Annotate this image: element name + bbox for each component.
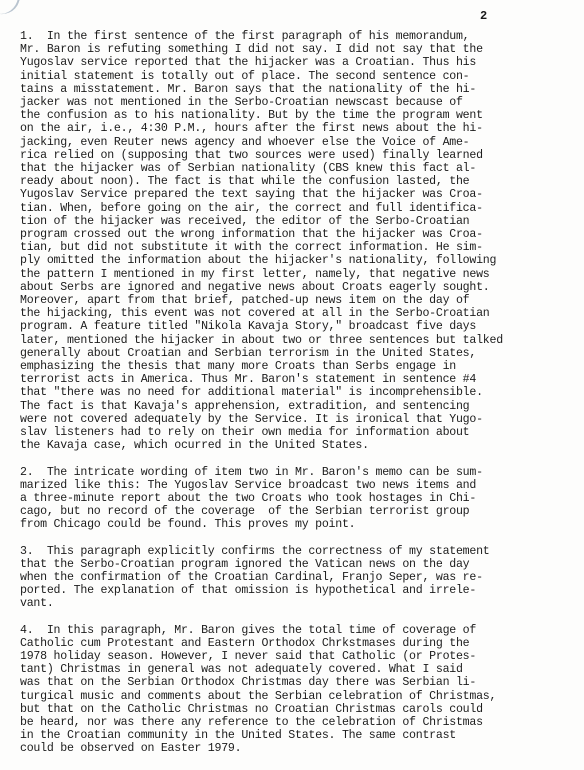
text-line: the Kavaja case, which ocurred in the Un… [20,439,580,452]
scan-corner-mark [0,0,25,19]
text-line: a three-minute report about the two Croa… [20,492,580,505]
text-line: turgical music and comments about the Se… [20,690,580,703]
text-line: slav listeners had to rely on their own … [20,426,580,439]
text-line: ply omitted the information about the hi… [20,254,580,267]
paragraph-3: 3. This paragraph explicitly confirms th… [20,545,580,611]
text-line: 2. The intricate wording of item two in … [20,466,580,479]
text-line: when the confirmation of the Croatian Ca… [20,571,580,584]
text-line: generally about Croatian and Serbian ter… [20,347,580,360]
text-line: marized like this: The Yugoslav Service … [20,479,580,492]
paragraph-2: 2. The intricate wording of item two in … [20,466,580,532]
text-line: tains a misstatement. Mr. Baron says tha… [20,83,580,96]
text-line: on the air, i.e., 4:30 P.M., hours after… [20,122,580,135]
document-body: 1. In the first sentence of the first pa… [20,30,580,769]
page-number: 2 [480,9,487,23]
text-line: vant. [20,597,580,610]
text-line: tant) Christmas in general was not adequ… [20,663,580,676]
text-line: program. A feature titled "Nikola Kavaja… [20,320,580,333]
text-line: cago, but no record of the coverage of t… [20,505,580,518]
text-line: the hijacking, this event was not covere… [20,307,580,320]
text-line: were not covered adequately by the Servi… [20,413,580,426]
text-line: tion of the hijacker was received, the e… [20,215,580,228]
text-line: tian, but did not substitute it with the… [20,241,580,254]
text-line: The fact is that Kavaja's apprehension, … [20,400,580,413]
text-line: in the Croatian community in the United … [20,729,580,742]
text-line: the confusion as to his nationality. But… [20,109,580,122]
text-line: about Serbs are ignored and negative new… [20,281,580,294]
text-line: Yugoslav service reported that the hijac… [20,56,580,69]
text-line: the pattern I mentioned in my first lett… [20,268,580,281]
text-line: Mr. Baron is refuting something I did no… [20,43,580,56]
text-line: 4. In this paragraph, Mr. Baron gives th… [20,624,580,637]
text-line: initial statement is totally out of plac… [20,70,580,83]
text-line: 1978 holiday season. However, I never sa… [20,650,580,663]
text-line: that "there was no need for additional m… [20,386,580,399]
text-line: jacker was not mentioned in the Serbo-Cr… [20,96,580,109]
text-line: 1. In the first sentence of the first pa… [20,30,580,43]
text-line: ready about noon). The fact is that whil… [20,175,580,188]
document-page: 2 1. In the first sentence of the first … [0,0,584,770]
text-line: be heard, nor was there any reference to… [20,716,580,729]
text-line: that the Serbo-Croatian program ignored … [20,558,580,571]
text-line: but that on the Catholic Christmas no Cr… [20,703,580,716]
text-line: later, mentioned the hijacker in about t… [20,334,580,347]
text-line: jacking, even Reuter news agency and who… [20,136,580,149]
text-line: Moreover, apart from that brief, patched… [20,294,580,307]
paragraph-1: 1. In the first sentence of the first pa… [20,30,580,453]
text-line: tian. When, before going on the air, the… [20,202,580,215]
text-line: from Chicago could be found. This proves… [20,518,580,531]
text-line: that the hijacker was of Serbian nationa… [20,162,580,175]
text-line: was that on the Serbian Orthodox Christm… [20,676,580,689]
text-line: 3. This paragraph explicitly confirms th… [20,545,580,558]
text-line: Catholic cum Protestant and Eastern Orth… [20,637,580,650]
text-line: program crossed out the wrong informatio… [20,228,580,241]
text-line: ported. The explanation of that omission… [20,584,580,597]
text-line: Yugoslav Service prepared the text sayin… [20,188,580,201]
text-line: emphasizing the thesis that many more Cr… [20,360,580,373]
text-line: rica relied on (supposing that two sourc… [20,149,580,162]
text-line: could be observed on Easter 1979. [20,742,580,755]
text-line: terrorist acts in America. Thus Mr. Baro… [20,373,580,386]
paragraph-4: 4. In this paragraph, Mr. Baron gives th… [20,624,580,756]
